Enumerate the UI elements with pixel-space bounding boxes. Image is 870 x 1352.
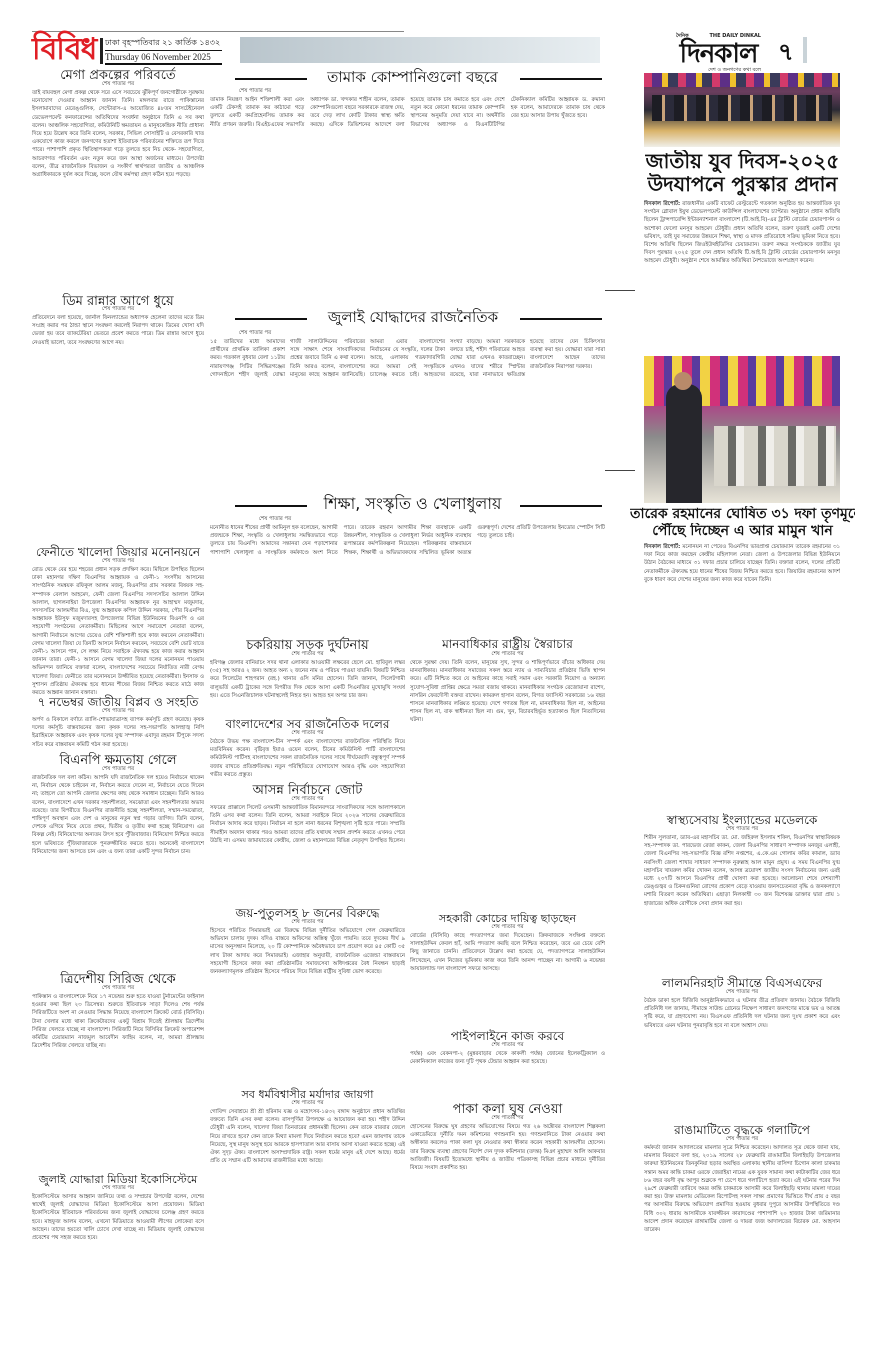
- page-number-bar: [803, 37, 807, 63]
- continued-label: শেষ পাতার পর: [210, 919, 405, 927]
- continued-label: শেষ পাতার পর: [210, 651, 405, 659]
- continued-label: শেষ পাতার পর: [32, 708, 204, 716]
- article-body-lalmonirhat: বৈঠক ডাকা হলে বিজিবি আনুষ্ঠানিকভাবে এ ঘট…: [644, 997, 840, 1119]
- continued-label: শেষ পাতার পর: [644, 826, 840, 834]
- article-body-bnp: রাজনৈতিক দল বলা কঠিন। আপনি যদি রাজনৈতিক …: [32, 774, 204, 970]
- continued-label: শেষ পাতার পর: [32, 1185, 204, 1193]
- newspaper-logo: দৈনিকTHE DAILY DINKAL দিনকাল দেশ ও জনগণে…: [676, 33, 761, 75]
- date-english: Thursday 06 November 2025: [105, 50, 222, 65]
- headline-rule: [520, 318, 602, 320]
- audience-tables: [714, 426, 836, 486]
- article-body-chakaria: হবিগঞ্জ জেলার বানিয়াচং সদর থানা এলাকার …: [210, 659, 405, 715]
- article-body-tarique: দিনকাল রিপোর্ট: মনোনয়ন না পেয়েও বিএনপি…: [644, 543, 840, 803]
- logo-name: দিনকাল: [676, 41, 761, 67]
- page-number: ৭: [778, 34, 794, 74]
- headline-youth-day-line1: জাতীয় যুব দিবস-২০২৫: [630, 150, 855, 173]
- continued-label: শেষ পাতার পর: [210, 796, 405, 804]
- continued-label: শেষ পাতার পর: [32, 306, 204, 314]
- continued-label: শেষ পাতার পর: [410, 1115, 605, 1123]
- speaker-head: [674, 372, 692, 390]
- article-body-tobacco: তামাক নিয়ন্ত্রণ আইন শক্তিশালী করা এবং এ…: [210, 96, 605, 296]
- headline-rule: [235, 505, 307, 507]
- banner-backdrop: [644, 73, 840, 87]
- headline-youth-day-line2: উদযাপনে পুরস্কার প্রদান: [630, 173, 855, 196]
- byline: দিনকাল রিপোর্ট:: [644, 544, 680, 550]
- article-body-youth-day: দিনকাল রিপোর্ট: রাজধানীর একটি বাফেট রেস্…: [644, 200, 840, 346]
- byline: দিনকাল রিপোর্ট:: [644, 201, 680, 207]
- section-divider: [100, 38, 103, 64]
- article-body-mega: তাই বায়বহুল মেগা প্রকল্প থেকে সরে এসে স…: [32, 89, 204, 291]
- continued-label: শেষ পাতার পর: [32, 766, 204, 774]
- article-body-nov7: অর্পণ ও বিকালে বর্ণাঢ্য র‍্যালি-শোভাযাত্…: [32, 716, 204, 750]
- headline-tarique-line1: তারেক রহমানের ঘোষিত ৩১ দফা তৃণমূলে: [630, 506, 855, 523]
- article-body-all-parties: বৈঠকে উভয় পক্ষ বাংলাদেশ-চীন সম্পর্ক এবং…: [210, 738, 405, 780]
- people-row: [652, 95, 832, 121]
- header-banner: [240, 37, 600, 63]
- continued-label: শেষ পাতার পর: [644, 989, 840, 997]
- article-body-banana-bribe: হোসেনের বিরুদ্ধে ঘুষ গ্রহণের অভিযোগের বি…: [410, 1123, 605, 1333]
- article-body-joy-putul: হিসেবে পরিচিত সিমারভাই এর বিরুদ্ধে বিভিন…: [210, 927, 405, 1057]
- continued-label: শেষ পাতার পর: [32, 81, 204, 89]
- section-title: বিবিধ: [32, 33, 96, 67]
- youth-day-group-photo: [644, 73, 840, 147]
- continued-label: শেষ পাতার পর: [210, 88, 300, 96]
- continued-label: শেষ পাতার পর: [210, 1100, 405, 1108]
- speaker-figure: [666, 384, 702, 503]
- article-body-education: মনোনীত ধানের শীষের প্রার্থী আমিনুল হক বল…: [210, 524, 605, 631]
- article-body-health-england: শিরীন সুলতানা, ড্যাব-এর মহাসচিব ডা. মো. …: [644, 834, 840, 974]
- article-body-assistant-coach: বোর্ডের (বিসিবি) কাছে পদত্যাগপত্র জমা দি…: [410, 932, 605, 1028]
- article-body-july-media: ইকোসিস্টেমে আসার আহ্বান জানিয়ে তথ্য ও স…: [32, 1193, 204, 1333]
- continued-label: শেষ পাতার পর: [32, 985, 204, 993]
- article-body-rangamati: কর্মকর্তা জানান আদালতের মামলার সূত্রে নি…: [644, 1144, 840, 1300]
- continued-label: শেষ পাতার পর: [210, 730, 405, 738]
- body-text: রাজধানীর একটি বাফেট রেস্টুরেন্টে গতকাল অ…: [644, 201, 840, 264]
- headline-rule: [520, 78, 602, 80]
- continued-label: শেষ পাতার পর: [644, 1136, 840, 1144]
- article-body-pipeline: পর্যন্ত) এবং বেকনপা-২ (মুন্নরবাড়ার খেকে…: [410, 1050, 605, 1098]
- continued-label: শেষ পাতার পর: [410, 651, 605, 659]
- tarique-program-photo: [644, 356, 840, 503]
- article-body-human-rights: থেকে সুরক্ষা দেয়। তিনি বলেন, মানুষের সু…: [410, 659, 605, 909]
- column-divider: [605, 470, 635, 471]
- headline-rule: [235, 318, 307, 320]
- article-body-july-political: ১৫ তারিখের মধ্যে আমাদের প্রার্থীদের প্রা…: [210, 338, 605, 486]
- article-body-tri-series: পাকিস্তান ও বাংলাদেশকে নিয়ে ১৭ নভেম্বর …: [32, 993, 204, 1171]
- headline-rule: [520, 505, 602, 507]
- article-body-religion: গোবিন্দ সেবাশ্রমে শ্রী শ্রী হরিনাম যজ্ঞ …: [210, 1108, 405, 1333]
- article-body-alliance: সফরের প্রাক্কালে সিলেট ওসমানী আন্তর্জাতি…: [210, 804, 405, 904]
- continued-label: শেষ পাতার পর: [410, 1042, 605, 1050]
- column-divider: [605, 290, 635, 291]
- continued-label: শেষ পাতার পর: [32, 558, 204, 566]
- headline-tobacco: তামাক কোম্পানিগুলো বছরে: [310, 66, 515, 91]
- continued-label: শেষ পাতার পর: [210, 516, 340, 524]
- continued-label: শেষ পাতার পর: [210, 330, 300, 338]
- article-body-feni: রোড থেকে বের হয়ে শহরের প্রধান সড়ক প্রদ…: [32, 566, 204, 694]
- date-block: ঢাকা বৃহস্পতিবার ২১ কার্তিক ১৪৩২ Thursda…: [105, 37, 222, 65]
- date-bangla: ঢাকা বৃহস্পতিবার ২১ কার্তিক ১৪৩২: [105, 37, 222, 48]
- article-body-egg: প্রতিবেদনে বলা হয়েছে, জার্নাল ফিনল্যান্…: [32, 314, 204, 544]
- headline-july-political: জুলাই যোদ্ধাদের রাজনৈতিক: [318, 306, 508, 331]
- headline-rule: [235, 78, 307, 80]
- headline-education: শিক্ষা, সংস্কৃতি ও খেলাধুলায়: [310, 491, 515, 518]
- headline-tarique-line2: পৌঁছে দিচ্ছেন এ আর মামুন খান: [630, 523, 855, 540]
- continued-label: শেষ পাতার পর: [410, 924, 605, 932]
